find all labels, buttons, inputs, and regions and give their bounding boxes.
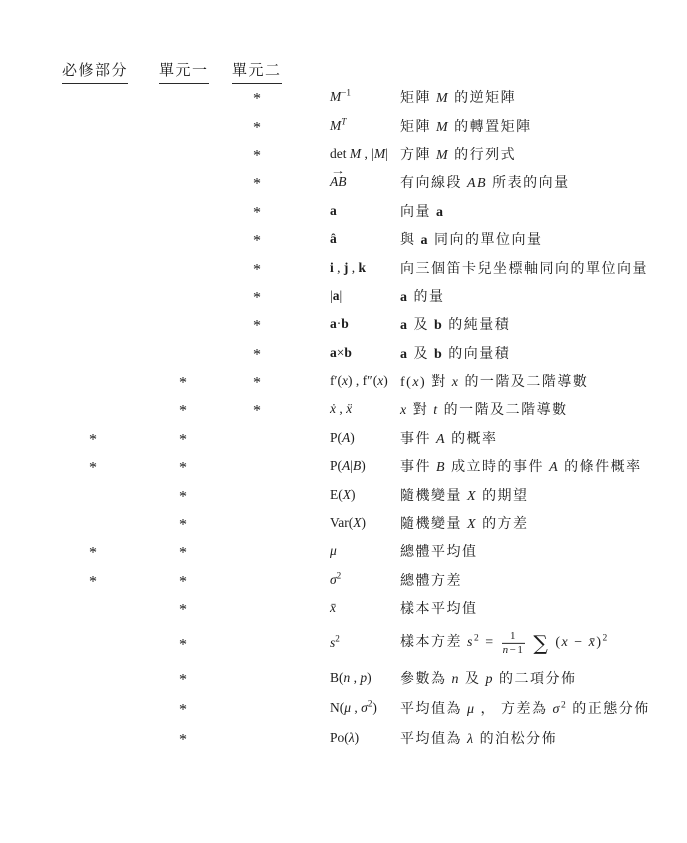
description: 參數為 n 及 p 的二項分佈 xyxy=(400,668,577,688)
asterisk-compulsory: * xyxy=(89,460,97,478)
asterisk-module1: * xyxy=(179,545,187,563)
asterisk-module2: * xyxy=(253,204,261,222)
description: 矩陣 M 的逆矩陣 xyxy=(400,87,516,107)
table-row: *det M , |M|方陣 M 的行列式 xyxy=(0,140,687,168)
asterisk-module2: * xyxy=(253,119,261,137)
symbol: MT xyxy=(330,118,346,134)
asterisk-module1: * xyxy=(179,375,187,393)
symbol: x̄ xyxy=(330,600,336,616)
asterisk-compulsory: * xyxy=(89,545,97,563)
asterisk-module1: * xyxy=(179,460,187,478)
table-row: *M−1矩陣 M 的逆矩陣 xyxy=(0,83,687,111)
table-row: *AB有向線段 AB 所表的向量 xyxy=(0,168,687,196)
table-row: **ẋ , ẍx 對 t 的一階及二階導數 xyxy=(0,395,687,423)
asterisk-module2: * xyxy=(253,403,261,421)
asterisk-compulsory: * xyxy=(89,573,97,591)
description: x 對 t 的一階及二階導數 xyxy=(400,399,568,419)
symbol: P(A|B) xyxy=(330,458,366,474)
symbol: a xyxy=(330,203,337,219)
notation-rows: *M−1矩陣 M 的逆矩陣*MT矩陣 M 的轉置矩陣*det M , |M|方陣… xyxy=(0,83,687,753)
asterisk-module1: * xyxy=(179,573,187,591)
symbol: f′(x) , f″(x) xyxy=(330,373,388,389)
symbol: Var(X) xyxy=(330,515,366,531)
asterisk-module2: * xyxy=(253,233,261,251)
table-row: *B(n , p)參數為 n 及 p 的二項分佈 xyxy=(0,663,687,693)
table-row: *Var(X)隨機變量 X 的方差 xyxy=(0,509,687,537)
description: a 的量 xyxy=(400,286,445,306)
asterisk-module2: * xyxy=(253,289,261,307)
description: 方陣 M 的行列式 xyxy=(400,144,516,164)
table-row: **P(A|B)事件 B 成立時的事件 A 的條件概率 xyxy=(0,452,687,480)
description: 總體方差 xyxy=(400,570,462,590)
symbol: s2 xyxy=(330,635,340,651)
description: 平均值為 μ ， 方差為 σ2 的正態分佈 xyxy=(400,698,650,718)
table-row: *â與 a 同向的單位向量 xyxy=(0,225,687,253)
asterisk-module1: * xyxy=(179,488,187,506)
symbol: N(μ , σ2) xyxy=(330,700,377,716)
table-row: *E(X)隨機變量 X 的期望 xyxy=(0,480,687,508)
symbol: Po(λ) xyxy=(330,730,359,746)
symbol: a·b xyxy=(330,316,349,332)
description: 有向線段 AB 所表的向量 xyxy=(400,172,570,192)
asterisk-module1: * xyxy=(179,636,187,654)
table-row: *|a|a 的量 xyxy=(0,282,687,310)
symbol: P(A) xyxy=(330,430,355,446)
table-row: *a×ba 及 b 的向量積 xyxy=(0,339,687,367)
symbol: â xyxy=(330,231,337,247)
symbol: B(n , p) xyxy=(330,670,372,686)
table-row: *i , j , k向三個笛卡兒坐標軸同向的單位向量 xyxy=(0,253,687,281)
table-row: **f′(x) , f″(x)f(x) 對 x 的一階及二階導數 xyxy=(0,367,687,395)
symbol: E(X) xyxy=(330,487,356,503)
table-row: *Po(λ)平均值為 λ 的泊松分佈 xyxy=(0,723,687,753)
over-arrow: AB xyxy=(330,174,347,190)
description: 隨機變量 X 的期望 xyxy=(400,485,529,505)
column-header-module2: 單元二 xyxy=(232,59,282,84)
description: 平均值為 λ 的泊松分佈 xyxy=(400,728,557,748)
asterisk-module2: * xyxy=(253,176,261,194)
table-row: *a·ba 及 b 的純量積 xyxy=(0,310,687,338)
asterisk-module1: * xyxy=(179,672,187,690)
table-row: *MT矩陣 M 的轉置矩陣 xyxy=(0,111,687,139)
description: a 及 b 的向量積 xyxy=(400,343,510,363)
description: 樣本方差 s2 = 1n−1 ∑ (x − x̄)2 xyxy=(400,630,609,656)
description: 與 a 同向的單位向量 xyxy=(400,229,543,249)
symbol: |a| xyxy=(330,288,342,304)
description: 樣本平均值 xyxy=(400,598,478,618)
description: 矩陣 M 的轉置矩陣 xyxy=(400,116,532,136)
description: 向三個笛卡兒坐標軸同向的單位向量 xyxy=(400,258,648,278)
asterisk-module2: * xyxy=(253,375,261,393)
description: 隨機變量 X 的方差 xyxy=(400,513,529,533)
symbol: i , j , k xyxy=(330,260,366,276)
symbol: σ2 xyxy=(330,572,341,588)
symbol: M−1 xyxy=(330,89,351,105)
asterisk-module2: * xyxy=(253,91,261,109)
description: a 及 b 的純量積 xyxy=(400,314,510,334)
symbol: ẋ , ẍ xyxy=(330,401,352,417)
description: 事件 A 的概率 xyxy=(400,428,498,448)
column-header-compulsory: 必修部分 xyxy=(62,59,128,84)
table-row: *N(μ , σ2)平均值為 μ ， 方差為 σ2 的正態分佈 xyxy=(0,693,687,723)
description: 總體平均值 xyxy=(400,541,478,561)
asterisk-module1: * xyxy=(179,403,187,421)
symbol: det M , |M| xyxy=(330,146,388,162)
table-header: 必修部分 單元一 單元二 xyxy=(0,59,687,83)
table-row: *x̄樣本平均值 xyxy=(0,594,687,622)
asterisk-module2: * xyxy=(253,147,261,165)
description: 向量 a xyxy=(400,201,445,221)
asterisk-module1: * xyxy=(179,602,187,620)
table-row: *s2樣本方差 s2 = 1n−1 ∑ (x − x̄)2 xyxy=(0,622,687,663)
asterisk-module1: * xyxy=(179,431,187,449)
asterisk-module1: * xyxy=(179,732,187,750)
table-row: **σ2總體方差 xyxy=(0,566,687,594)
table-row: **μ總體平均值 xyxy=(0,537,687,565)
description: f(x) 對 x 的一階及二階導數 xyxy=(400,371,588,391)
table-row: **P(A)事件 A 的概率 xyxy=(0,424,687,452)
symbol: AB xyxy=(330,174,347,190)
summation-sign: ∑ xyxy=(533,631,549,655)
symbol: a×b xyxy=(330,345,352,361)
asterisk-module1: * xyxy=(179,702,187,720)
column-header-module1: 單元一 xyxy=(159,59,209,84)
asterisk-module1: * xyxy=(179,517,187,535)
table-row: *a向量 a xyxy=(0,197,687,225)
description: 事件 B 成立時的事件 A 的條件概率 xyxy=(400,456,642,476)
symbol: μ xyxy=(330,543,337,559)
notation-table-page: { "marker": "*", "header": { "compulsory… xyxy=(0,0,687,843)
asterisk-module2: * xyxy=(253,346,261,364)
asterisk-compulsory: * xyxy=(89,431,97,449)
asterisk-module2: * xyxy=(253,318,261,336)
asterisk-module2: * xyxy=(253,261,261,279)
